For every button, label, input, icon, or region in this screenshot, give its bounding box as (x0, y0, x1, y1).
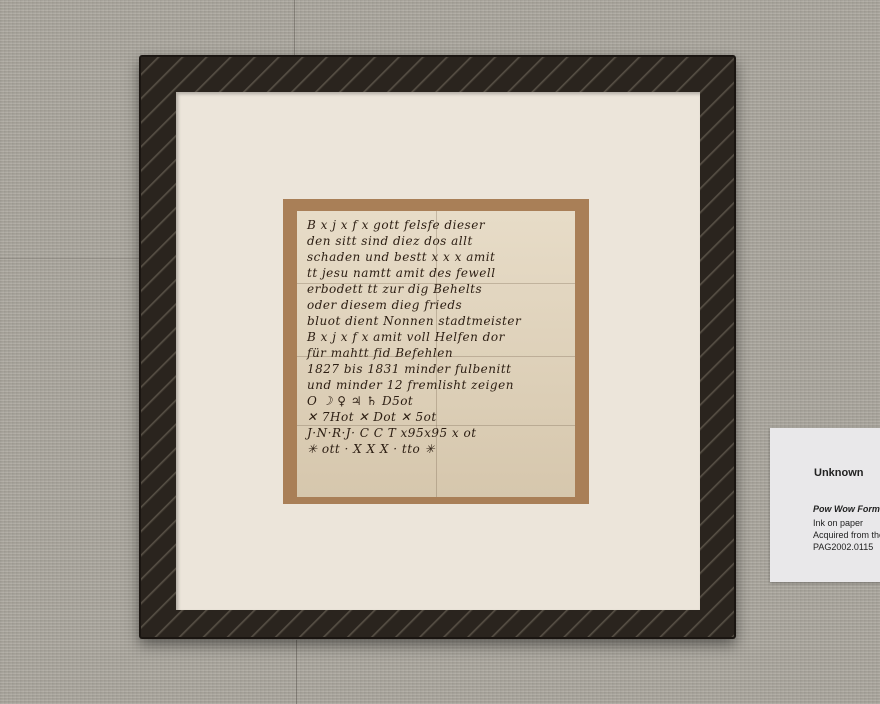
label-credit: Acquired from the (813, 530, 880, 540)
label-artist: Unknown (814, 467, 864, 479)
label-medium: Ink on paper (813, 518, 863, 528)
label-accession: PAG2002.0115 (813, 542, 873, 552)
label-title: Pow Wow Formu (813, 504, 880, 514)
fold-line (436, 211, 437, 497)
wall-seam-horizontal (0, 258, 139, 259)
manuscript-paper: B x j x f x gott felsfe dieser den sitt … (297, 211, 575, 497)
wall-seam-vertical (294, 0, 295, 56)
wall-seam-vertical-lower (296, 640, 297, 704)
exhibit-label: Unknown Pow Wow Formu Ink on paper Acqui… (770, 428, 880, 582)
